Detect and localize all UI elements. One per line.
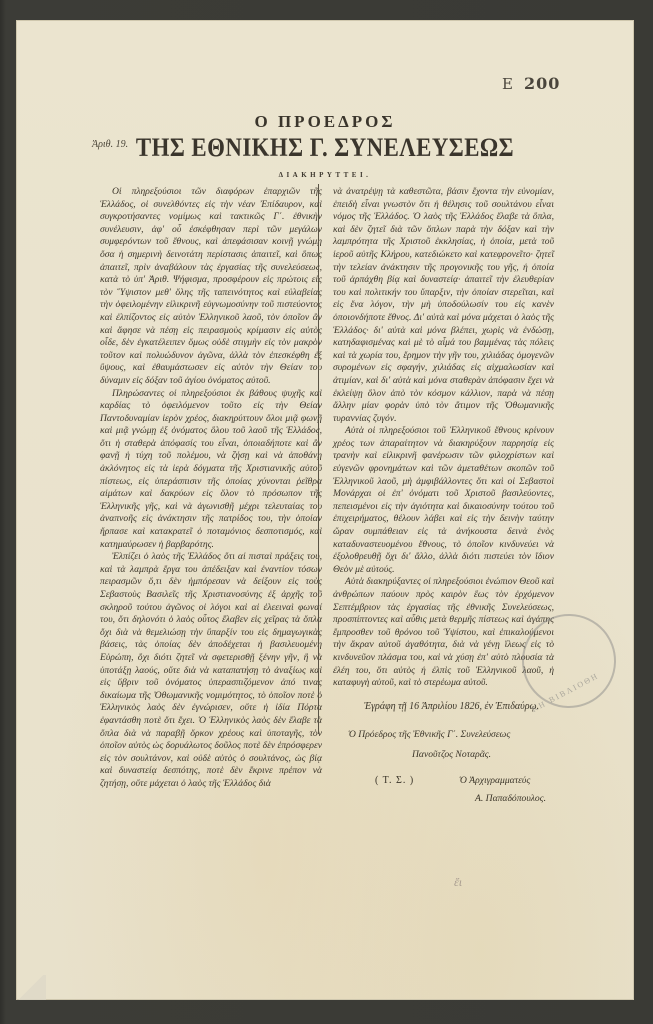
president-title: Ὁ Πρόεδρος τῆς Ἐθνικῆς Γ΄. Συνελεύσεως [348,729,510,740]
heading-president: Ο ΠΡΟΕΔΡΟΣ [16,112,634,132]
paragraph: Ἐλπίζει ὁ λαὸς τῆς Ἑλλάδος ὅτι αἱ πισταὶ… [100,551,322,790]
text-column-right: νὰ ἀνατρέψῃ τὰ καθεστῶτα, βάσιν ἔχοντα τ… [333,186,554,690]
paragraph: Πληρώσαντες οἱ πληρεξούσιοι ἐκ βάθους ψυ… [100,388,322,552]
document-page: E200 Ἀριθ. 19. Ο ΠΡΟΕΔΡΟΣ ΤΗΣ ΕΘΝΙΚΗΣ Γ.… [16,20,634,1000]
paragraph: Οἱ πληρεξούσιοι τῶν διαφόρων ἐπαρχιῶν τῆ… [100,186,322,388]
seal-mark: ( Τ. Σ. ) [375,775,414,786]
catalog-number: E200 [502,74,560,93]
secretary-name: Α. Παπαδόπουλος. [475,793,546,804]
heading-proclaims: ΔΙΑΚΗΡΥΤΤΕΙ. [16,171,634,179]
dateline: Ἐγράφη τῇ 16 Ἀπριλίου 1826, ἐν Ἐπιδαύρῳ. [364,701,539,712]
president-name: Πανοῦτζος Νοταρᾶς. [412,749,491,760]
paragraph: Αὐτὰ διακηρύξαντες οἱ πληρεξούσιοι ἐνώπι… [333,576,554,689]
paragraph: Αὐτὰ οἱ πληρεξούσιοι τοῦ Ἑλληνικοῦ ἔθνου… [333,425,554,576]
catalog-value: 200 [524,74,560,93]
paper-corner-wear [16,975,46,1000]
secretary-title: Ὁ Ἀρχιγραμματεύς [459,775,530,786]
text-column-left: Οἱ πληρεξούσιοι τῶν διαφόρων ἐπαρχιῶν τῆ… [100,186,322,731]
catalog-prefix: E [502,75,514,93]
column-divider [318,184,319,734]
paragraph: νὰ ἀνατρέψῃ τὰ καθεστῶτα, βάσιν ἔχοντα τ… [333,186,554,425]
pencil-note: ἔι [454,875,462,890]
heading-assembly: ΤΗΣ ΕΘΝΙΚΗΣ Γ. ΣΥΝΕΛΕΥΣΕΩΣ [53,133,597,163]
